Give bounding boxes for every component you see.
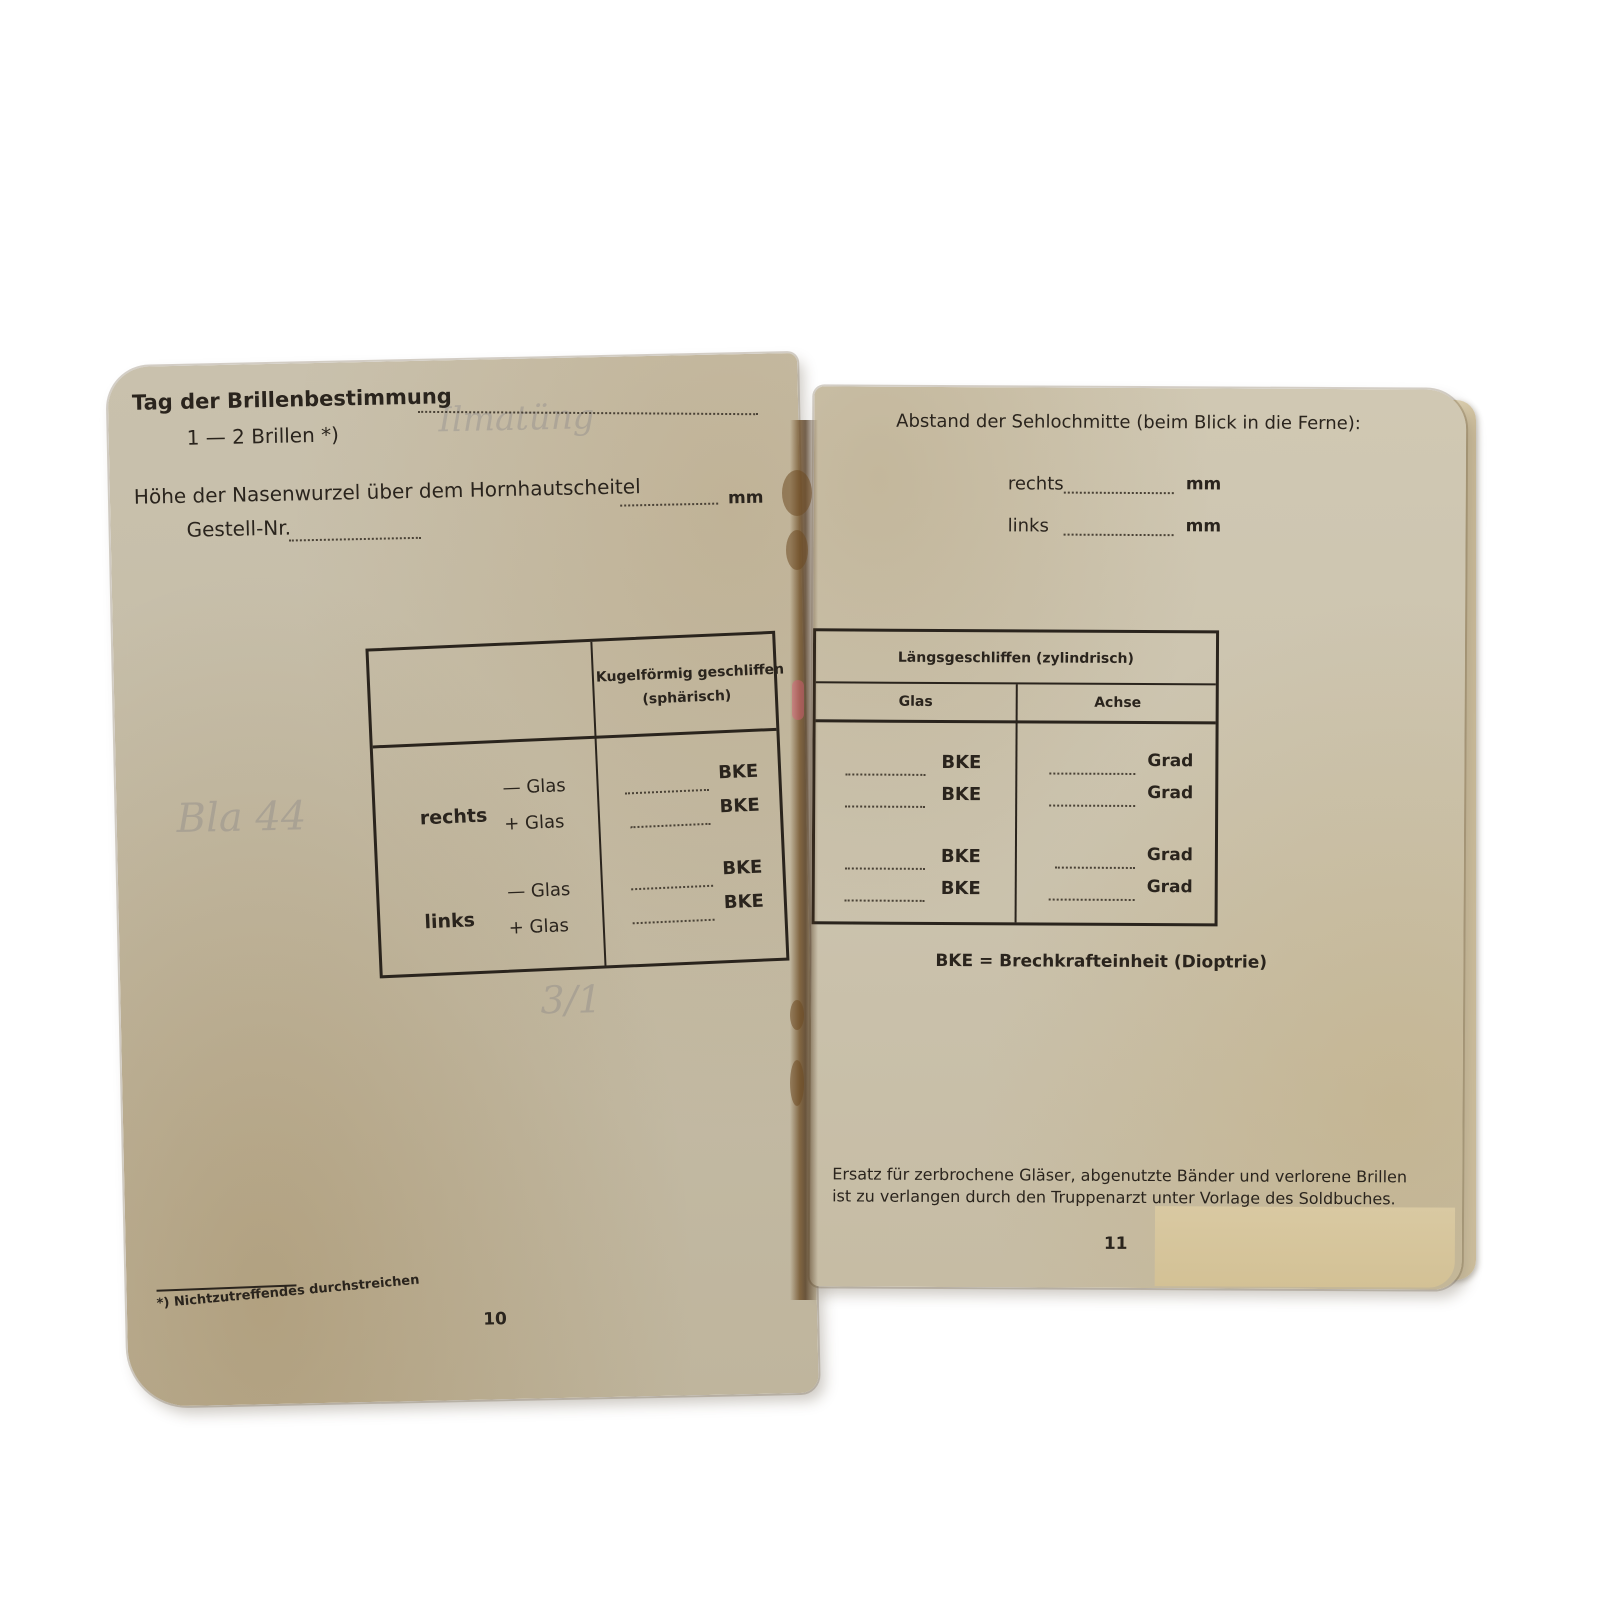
right-plus-bke-field[interactable] [630, 823, 710, 828]
bke-unit: BKE [718, 761, 759, 784]
bke-unit: BKE [941, 784, 981, 805]
mm-unit: mm [1186, 474, 1222, 494]
frame-number-label: Gestell-Nr. [186, 516, 291, 542]
water-stain [786, 530, 808, 570]
bke-unit: BKE [719, 795, 760, 818]
water-stain [782, 470, 812, 516]
replacement-notice-line-1: Ersatz für zerbrochene Gläser, abgenutzt… [832, 1164, 1407, 1186]
right-eye-label: rechts [419, 805, 487, 830]
spherical-header-sub: (sphärisch) [597, 686, 778, 710]
page-number-left: 10 [483, 1309, 507, 1329]
left-page: Ilmatüng Bla 44 3/1 Tag der Brillenbesti… [107, 353, 819, 1407]
cyl-glass-field-4[interactable] [845, 899, 925, 901]
cyl-glass-field-2[interactable] [845, 805, 925, 807]
grad-unit: Grad [1147, 783, 1193, 803]
bke-unit: BKE [941, 846, 981, 867]
cylindrical-lens-table: Längsgeschliffen (zylindrisch) Glas Achs… [812, 628, 1220, 926]
right-page: Abstand der Sehlochmitte (beim Blick in … [810, 386, 1467, 1289]
page-number-right: 11 [1104, 1234, 1128, 1254]
bke-legend: BKE = Brechkrafteinheit (Dioptrie) [935, 951, 1267, 973]
frame-number-field[interactable] [289, 537, 421, 542]
cyl-glass-field-3[interactable] [845, 867, 925, 869]
cyl-axis-field-2[interactable] [1049, 805, 1135, 807]
left-eye-label: links [424, 909, 475, 933]
spherical-header: Kugelförmig geschliffen [596, 662, 777, 686]
pupil-distance-left-label: links [1008, 515, 1049, 536]
bleed-through-handwriting: Ilmatüng [438, 397, 595, 440]
pupil-distance-right-label: rechts [1008, 473, 1064, 494]
footnote: *) Nichtzutreffendes durchstreichen [156, 1273, 420, 1312]
table-divider [590, 642, 606, 966]
cyl-axis-field-3[interactable] [1055, 867, 1135, 869]
replacement-notice-line-2: ist zu verlangen durch den Truppenarzt u… [832, 1186, 1396, 1208]
nose-root-height-label: Höhe der Nasenwurzel über dem Hornhautsc… [134, 474, 641, 509]
bke-unit: BKE [723, 891, 764, 914]
cyl-axis-field-1[interactable] [1049, 773, 1135, 775]
pupil-distance-right-field[interactable] [1064, 492, 1174, 495]
left-plus-bke-field[interactable] [633, 919, 715, 925]
cyl-glass-field-1[interactable] [845, 773, 925, 775]
left-minus-bke-field[interactable] [631, 885, 713, 891]
date-of-prescription-label: Tag der Brillenbestimmung [132, 384, 452, 415]
axis-column-header: Achse [1018, 694, 1218, 711]
plus-glass-label: + Glas [508, 915, 569, 939]
table-header-rule [373, 728, 777, 749]
pupil-distance-left-field[interactable] [1064, 534, 1174, 537]
cyl-axis-field-4[interactable] [1049, 899, 1135, 901]
minus-glass-label: — Glas [502, 775, 566, 799]
bke-unit: BKE [941, 878, 981, 899]
pupil-distance-heading: Abstand der Sehlochmitte (beim Blick in … [896, 411, 1361, 434]
grad-unit: Grad [1147, 877, 1193, 897]
grad-unit: Grad [1147, 845, 1193, 865]
right-minus-bke-field[interactable] [625, 789, 709, 795]
glass-column-header: Glas [816, 693, 1016, 710]
open-booklet: Ilmatüng Bla 44 3/1 Tag der Brillenbesti… [0, 0, 1600, 1600]
bleed-through-handwriting: Bla 44 [176, 793, 307, 842]
mm-unit: mm [1186, 516, 1222, 536]
worn-page-corner [1155, 1206, 1455, 1288]
bke-unit: BKE [722, 857, 763, 880]
nose-root-height-field[interactable] [620, 503, 718, 507]
glasses-count-label: 1 — 2 Brillen *) [186, 423, 339, 450]
plus-glass-label: + Glas [504, 811, 565, 835]
spherical-lens-table: Kugelförmig geschliffen (sphärisch) rech… [365, 631, 789, 979]
bleed-through-handwriting: 3/1 [540, 977, 602, 1022]
pink-ink-mark [792, 680, 804, 720]
cylindrical-header: Längsgeschliffen (zylindrisch) [816, 649, 1216, 667]
minus-glass-label: — Glas [507, 879, 571, 903]
water-stain [790, 1060, 804, 1106]
bke-unit: BKE [941, 752, 981, 773]
grad-unit: Grad [1147, 751, 1193, 771]
water-stain [790, 1000, 804, 1030]
nose-root-height-unit: mm [728, 488, 764, 509]
